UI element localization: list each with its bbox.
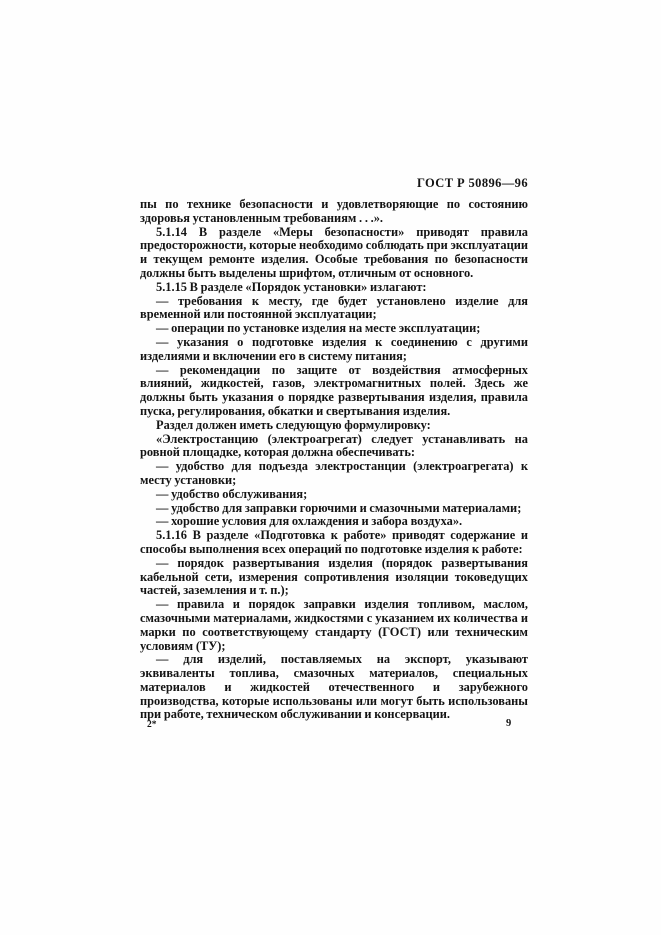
list-item: — хорошие условия для охлаждения и забор… (140, 515, 528, 529)
paragraph-5-1-16: 5.1.16 В разделе «Подготовка к работе» п… (140, 529, 528, 557)
paragraph-5-1-15: 5.1.15 В разделе «Порядок установки» изл… (140, 281, 528, 295)
list-item: — требования к месту, где будет установл… (140, 295, 528, 323)
list-item: — удобство для заправки горючими и смазо… (140, 502, 528, 516)
list-item: — рекомендации по защите от воздействия … (140, 364, 528, 419)
list-item: — операции по установке изделия на месте… (140, 322, 528, 336)
document-page: ГОСТ Р 50896—96 пы по технике безопаснос… (0, 0, 661, 935)
page-number: 9 (506, 718, 511, 729)
list-item: — порядок развертывания изделия (порядок… (140, 557, 528, 598)
list-item: — удобство обслуживания; (140, 488, 528, 502)
list-item: — указания о подготовке изделия к соедин… (140, 336, 528, 364)
paragraph-quote-start: «Электростанцию (электроагрегат) следует… (140, 433, 528, 461)
list-item: — правила и порядок заправки изделия топ… (140, 598, 528, 653)
printer-signature-mark: 2* (147, 720, 157, 730)
paragraph-continuation: пы по технике безопасности и удовлетворя… (140, 198, 528, 226)
document-body: пы по технике безопасности и удовлетворя… (140, 198, 528, 722)
paragraph-5-1-14: 5.1.14 В разделе «Меры безопасности» при… (140, 226, 528, 281)
list-item: — для изделий, поставляемых на экспорт, … (140, 653, 528, 722)
paragraph: Раздел должен иметь следующую формулиров… (140, 419, 528, 433)
gost-standard-number-header: ГОСТ Р 50896—96 (140, 176, 528, 191)
list-item: — удобство для подъезда электростанции (… (140, 460, 528, 488)
